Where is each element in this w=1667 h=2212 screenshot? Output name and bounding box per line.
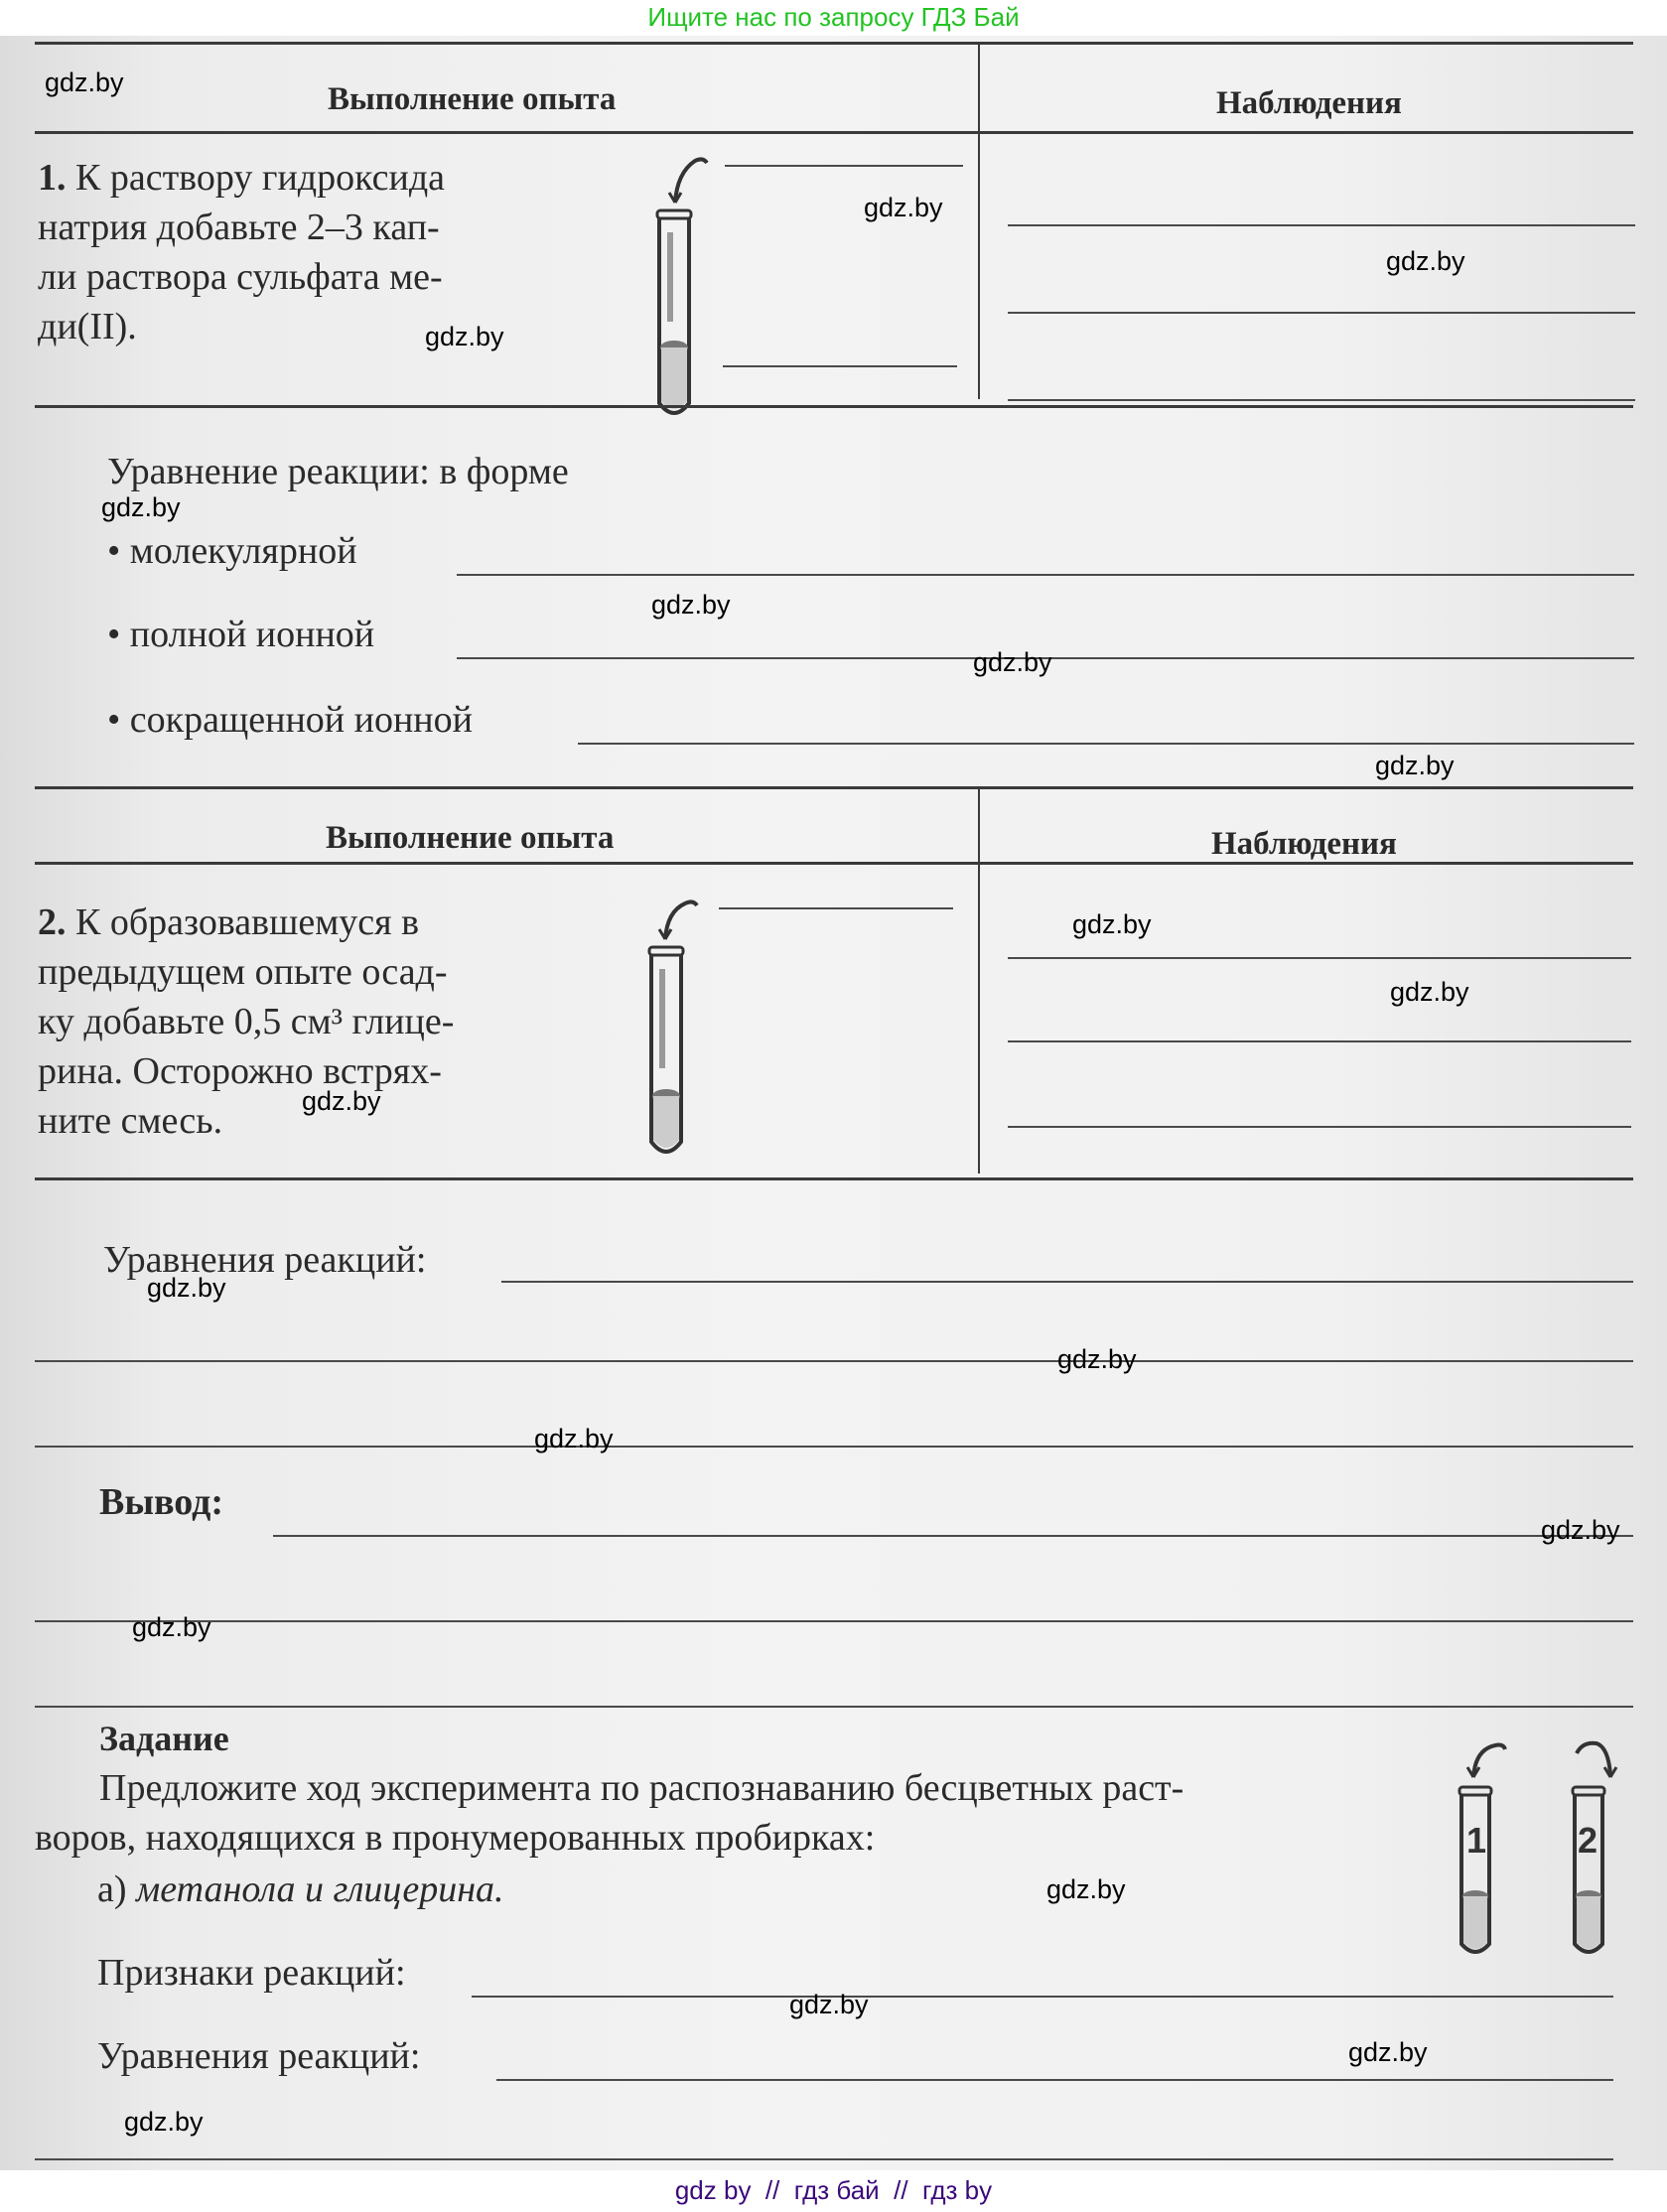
watermark: gdz.by [124,2107,204,2138]
watermark: gdz.by [425,322,504,352]
table1-header-observations: Наблюдения [1216,85,1402,122]
task-title: Задание [99,1714,229,1763]
observation-line[interactable] [1008,1040,1631,1042]
watermark: gdz.by [864,193,943,223]
conclusion-line[interactable] [35,1620,1633,1622]
task-text: воров, находящихся в пронумерованных про… [35,1813,875,1863]
watermark: gdz.by [973,647,1052,678]
task-equations-label: Уравнения реакций: [97,2031,420,2081]
watermark: gdz.by [1390,977,1469,1008]
table2-top-border [35,786,1633,789]
signs-line[interactable] [472,1996,1613,1998]
bottom-banner: gdz by // гдз бай // гдз by [0,2170,1667,2212]
watermark: gdz.by [45,68,124,98]
table1-column-divider [978,42,980,399]
answer-line-short-ionic[interactable] [578,743,1634,745]
watermark: gdz.by [789,1990,869,2020]
table2-header-procedure: Выполнение опыта [326,820,614,857]
step-line: ди(II). [38,302,137,351]
tube-label: 2 [1578,1820,1598,1861]
watermark: gdz.by [534,1424,614,1454]
task-item-text: метанола и глицерина. [136,1868,504,1910]
observation-line[interactable] [1008,399,1635,401]
tube-label: 1 [1466,1820,1486,1861]
watermark: gdz.by [101,492,181,523]
watermark: gdz.by [1375,751,1455,781]
step-line: ли раствора сульфата ме- [38,252,443,302]
observation-line[interactable] [1008,1126,1631,1128]
watermark: gdz.by [651,590,731,621]
task-text: Предложите ход эксперимента по распознав… [99,1763,1183,1813]
conclusion-line[interactable] [35,1706,1633,1708]
observation-line[interactable] [1008,312,1635,314]
conclusion-label: Вывод: [99,1477,223,1527]
step-line: предыдущем опыте осад- [38,947,448,997]
step-line: К раствору гидроксида [75,157,445,199]
answer-line[interactable] [725,165,963,167]
equation-form-full-ionic: • полной ионной [107,610,374,659]
signs-label: Признаки реакций: [97,1948,406,1998]
observation-line[interactable] [1008,224,1635,226]
task-equations-line[interactable] [496,2079,1613,2081]
step-line: ку добавьте 0,5 см³ глице- [38,997,454,1046]
watermark: gdz.by [132,1612,211,1643]
test-tube-icon [645,153,725,431]
watermark: gdz.by [1072,909,1152,940]
task-equations-line[interactable] [35,2158,1613,2160]
table2-header-border [35,862,1633,865]
table1-top-border [35,42,1633,45]
watermark: gdz.by [1541,1515,1620,1546]
task-item-prefix: а) [97,1868,127,1910]
table2-step: 2. К образовавшемуся в [38,898,419,947]
observation-line[interactable] [1008,957,1631,959]
test-tube-1-icon: 1 [1456,1739,1535,1958]
step-line: К образовавшемуся в [75,901,419,943]
answer-line[interactable] [719,907,953,909]
answer-line[interactable] [35,1446,1633,1448]
table1-bottom-border [35,405,1633,408]
answer-line[interactable] [501,1281,1633,1283]
equation-title: Уравнение реакции: в форме [107,447,569,496]
bottom-banner-text: gdz by // гдз бай // гдз by [675,2175,992,2205]
watermark: gdz.by [1046,1874,1126,1905]
table2-bottom-border [35,1177,1633,1180]
equation-form-molecular: • молекулярной [107,526,357,576]
watermark: gdz.by [147,1273,226,1304]
workbook-page: Выполнение опыта Наблюдения 1. К раствор… [0,36,1667,2170]
answer-line[interactable] [35,1360,1633,1362]
table1-header-border [35,131,1633,134]
task-item-a: а) метанола и глицерина. [97,1865,504,1914]
watermark: gdz.by [1386,246,1465,277]
watermark: gdz.by [1057,1344,1137,1375]
step-number: 2. [38,901,67,943]
test-tube-icon [639,898,719,1166]
answer-line-molecular[interactable] [457,574,1634,576]
conclusion-line[interactable] [273,1535,1633,1537]
watermark: gdz.by [302,1086,381,1117]
table2-column-divider [978,786,980,1174]
top-banner: Ищите нас по запросу ГДЗ Бай [0,0,1667,36]
top-banner-text: Ищите нас по запросу ГДЗ Бай [647,2,1019,32]
step-number: 1. [38,157,67,199]
table1-step: 1. К раствору гидроксида [38,153,445,203]
table2-header-observations: Наблюдения [1211,826,1397,863]
table1-header-procedure: Выполнение опыта [328,81,616,118]
step-line: ните смесь. [38,1096,222,1146]
answer-line[interactable] [723,365,957,367]
watermark: gdz.by [1348,2037,1428,2068]
step-line: натрия добавьте 2–3 кап- [38,203,440,252]
equation-form-short-ionic: • сокращенной ионной [107,695,473,745]
test-tube-2-icon: 2 [1569,1739,1648,1958]
